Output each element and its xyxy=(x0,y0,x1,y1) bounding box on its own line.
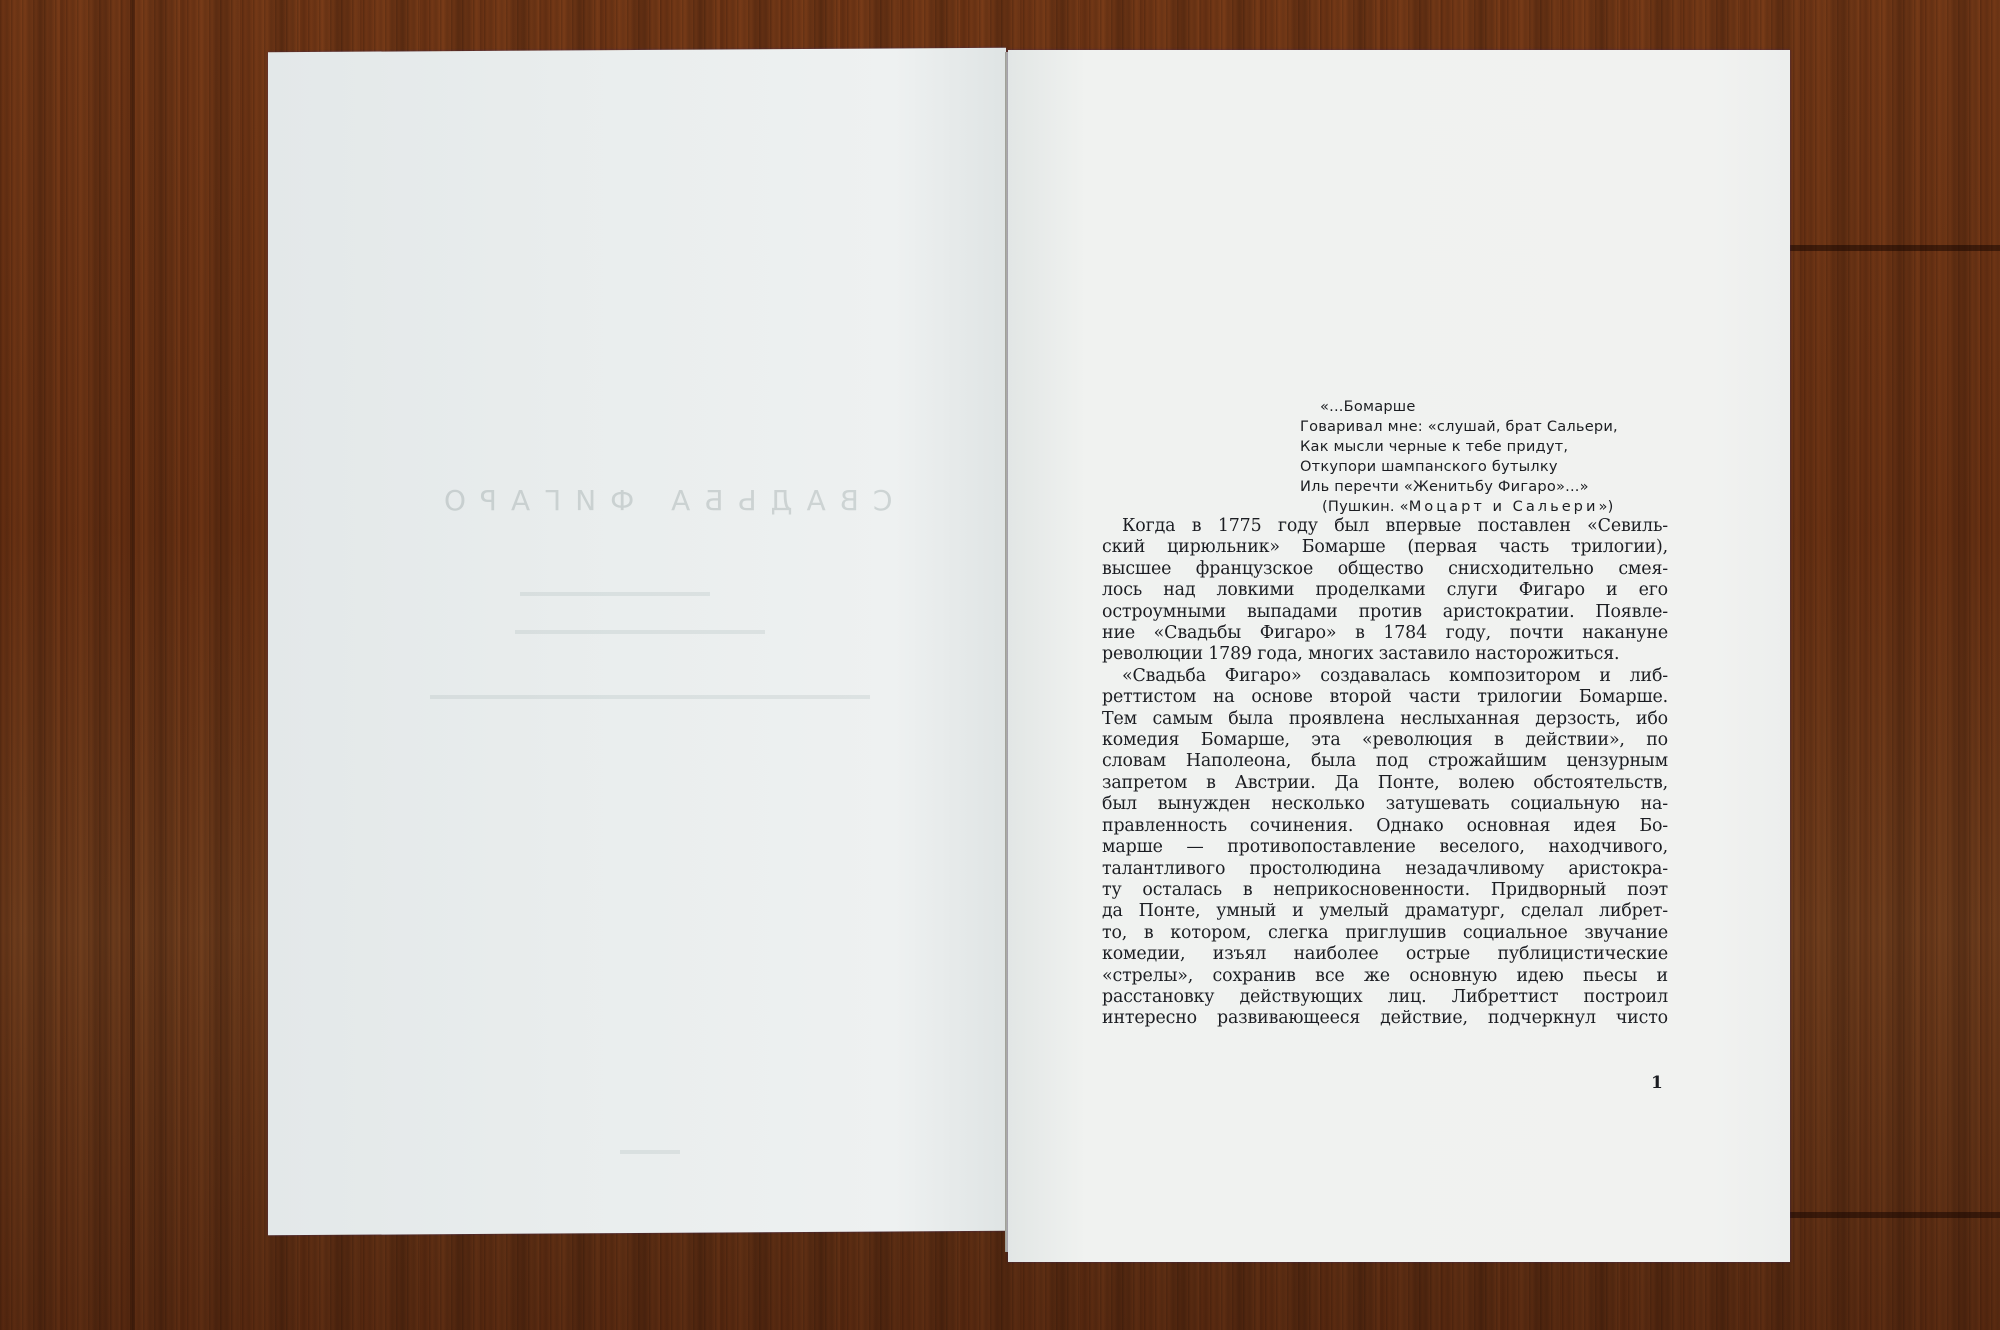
table-plank-seam xyxy=(130,0,135,1330)
epigraph-line: «...Бомарше xyxy=(1300,397,1680,417)
text-line: лось над ловкими проделками слуги Фигаро… xyxy=(1102,580,1668,601)
text-line: да Понте, умный и умелый драматург, сдел… xyxy=(1102,901,1668,922)
text-line: был вынужден несколько затушевать социал… xyxy=(1102,794,1668,815)
text-line: остроумными выпадами против аристократии… xyxy=(1102,602,1668,623)
text-line: «Свадьба Фигаро» создавалась композиторо… xyxy=(1102,666,1668,687)
text-line: талантливого простолюдина незадачливому … xyxy=(1102,859,1668,880)
page-number: 1 xyxy=(1651,1073,1663,1093)
text-line: комедия Бомарше, эта «революция в действ… xyxy=(1102,730,1668,751)
text-line: расстановку действующих лиц. Либреттист … xyxy=(1102,987,1668,1008)
text-line: комедии, изъял наиболее острые публицист… xyxy=(1102,944,1668,965)
text-line: «стрелы», сохранив все же основную идею … xyxy=(1102,966,1668,987)
epigraph-source: (Пушкин. «Моцарт и Сальери») xyxy=(1300,497,1680,517)
text-line: революции 1789 года, многих заставило на… xyxy=(1102,644,1668,665)
show-through-line xyxy=(520,592,710,596)
show-through-title: СВАДЬБА ФИГАРО xyxy=(430,484,892,517)
text-line: высшее французское общество снисходитель… xyxy=(1102,559,1668,580)
epigraph-line: Как мысли черные к тебе придут, xyxy=(1300,437,1680,457)
text-line: правленность сочинения. Однако основная … xyxy=(1102,816,1668,837)
table-plank-seam xyxy=(1790,1212,2000,1218)
paragraph-2: «Свадьба Фигаро» создавалась композиторо… xyxy=(1102,666,1668,1030)
epigraph-line: Иль перечти «Женитьбу Фигаро»...» xyxy=(1300,477,1680,497)
body-text: Когда в 1775 году был впервые поставлен … xyxy=(1102,516,1668,1030)
paragraph-1: Когда в 1775 году был впервые поставлен … xyxy=(1102,516,1668,666)
text-line: то, в котором, слегка приглушив социальн… xyxy=(1102,923,1668,944)
text-line: Тем самым была проявлена неслыханная дер… xyxy=(1102,709,1668,730)
text-line: запретом в Австрии. Да Понте, волею обст… xyxy=(1102,773,1668,794)
epigraph-line: Откупори шампанского бутылку xyxy=(1300,457,1680,477)
left-page xyxy=(268,48,1006,1236)
text-line: словам Наполеона, была под строжайшим це… xyxy=(1102,751,1668,772)
epigraph-source-title: Моцарт и Сальери xyxy=(1409,498,1599,515)
text-line: марше — противопоставление веселого, нах… xyxy=(1102,837,1668,858)
epigraph-source-prefix: (Пушкин. « xyxy=(1322,498,1409,515)
show-through-line xyxy=(620,1150,680,1154)
table-plank-seam xyxy=(1790,245,2000,251)
epigraph: «...Бомарше Говаривал мне: «слушай, брат… xyxy=(1300,397,1680,517)
show-through-line xyxy=(515,630,765,634)
text-line: ский цирюльник» Бомарше (первая часть тр… xyxy=(1102,537,1668,558)
text-line: ту осталась в неприкосновенности. Придво… xyxy=(1102,880,1668,901)
text-line: ние «Свадьбы Фигаро» в 1784 году, почти … xyxy=(1102,623,1668,644)
epigraph-source-suffix: ») xyxy=(1598,498,1613,515)
text-line: интересно развивающееся действие, подчер… xyxy=(1102,1008,1668,1029)
text-line: реттистом на основе второй части трилоги… xyxy=(1102,687,1668,708)
show-through-line xyxy=(430,695,870,699)
epigraph-line: Говаривал мне: «слушай, брат Сальери, xyxy=(1300,417,1680,437)
text-line: Когда в 1775 году был впервые поставлен … xyxy=(1102,516,1668,537)
